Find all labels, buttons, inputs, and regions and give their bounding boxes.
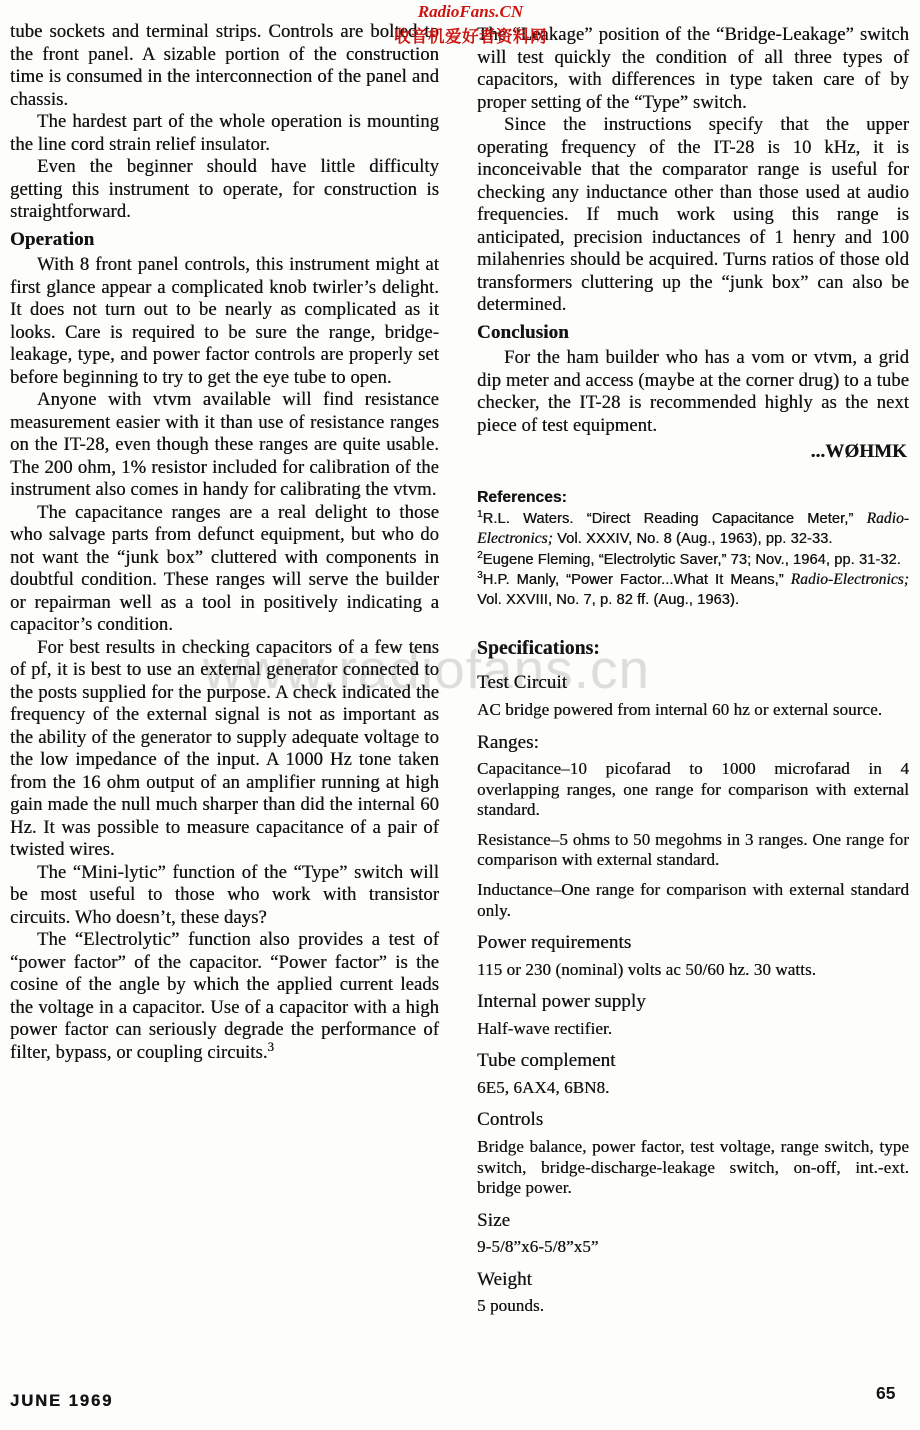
spec-value: Half-wave rectifier. (477, 1019, 909, 1040)
body-paragraph: Since the instructions specify that the … (477, 114, 909, 317)
spec-value: Resistance–5 ohms to 50 megohms in 3 ran… (477, 830, 909, 871)
spec-label: Power requirements (477, 932, 909, 955)
spec-value: Capacitance–10 picofarad to 1000 microfa… (477, 759, 909, 821)
body-paragraph: For best results in checking capacitors … (10, 637, 439, 862)
site-stamp: RadioFans.CN 收音机爱好者资料网 (394, 2, 547, 47)
body-paragraph: The capacitance ranges are a real deligh… (10, 502, 439, 637)
reference-item: 3H.P. Manly, “Power Factor...What It Mea… (477, 570, 909, 610)
site-stamp-latin: RadioFans.CN (394, 2, 547, 22)
author-callsign: ...WØHMK (477, 441, 907, 464)
reference-text: H.P. Manly, “Power Factor...What It Mean… (483, 572, 791, 588)
footnote-marker: 3 (268, 1039, 274, 1053)
body-paragraph: tube sockets and terminal strips. Contro… (10, 21, 439, 111)
body-paragraph: The hardest part of the whole operation … (10, 111, 439, 156)
magazine-page: www.radiofans.cn RadioFans.CN 收音机爱好者资料网 … (0, 0, 920, 1430)
spec-label: Tube complement (477, 1050, 909, 1073)
section-heading-conclusion: Conclusion (477, 322, 909, 345)
spec-value: 5 pounds. (477, 1296, 909, 1317)
left-column: tube sockets and terminal strips. Contro… (10, 21, 439, 1064)
spec-label: Controls (477, 1109, 909, 1132)
site-stamp-chinese: 收音机爱好者资料网 (394, 23, 547, 47)
body-paragraph: With 8 front panel controls, this instru… (10, 254, 439, 389)
references-section: References: 1R.L. Waters. “Direct Readin… (477, 488, 909, 610)
spec-label: Ranges: (477, 732, 909, 755)
spec-value: 6E5, 6AX4, 6BN8. (477, 1078, 909, 1099)
spec-value: 115 or 230 (nominal) volts ac 50/60 hz. … (477, 960, 909, 981)
body-paragraph: The “Mini-lytic” function of the “Type” … (10, 862, 439, 930)
paragraph-text: The “Electrolytic” function also provide… (10, 929, 439, 1063)
right-column: The “Leakage” position of the “Bridge-Le… (477, 24, 909, 1326)
reference-item: 1R.L. Waters. “Direct Reading Capacitanc… (477, 509, 909, 550)
spec-label: Size (477, 1210, 909, 1233)
reference-text: Eugene Fleming, “Electrolytic Saver,” 73… (483, 552, 901, 568)
spec-label: Internal power supply (477, 991, 909, 1014)
specifications-heading: Specifications: (477, 638, 909, 661)
references-heading: References: (477, 488, 909, 507)
spec-value: Bridge balance, power factor, test volta… (477, 1137, 909, 1199)
spec-value: AC bridge powered from internal 60 hz or… (477, 700, 909, 721)
spec-label: Test Circuit (477, 672, 909, 695)
spec-value: Inductance–One range for comparison with… (477, 880, 909, 921)
reference-text: R.L. Waters. “Direct Reading Capacitance… (483, 511, 867, 527)
body-paragraph: The “Electrolytic” function also provide… (10, 929, 439, 1064)
body-paragraph: Even the beginner should have little dif… (10, 156, 439, 224)
spec-label: Weight (477, 1269, 909, 1292)
specifications-section: Specifications: Test Circuit AC bridge p… (477, 638, 909, 1317)
reference-item: 2Eugene Fleming, “Electrolytic Saver,” 7… (477, 550, 909, 570)
footer-issue-date: JUNE 1969 (10, 1392, 113, 1411)
reference-journal: Radio-Electronics; (791, 571, 909, 588)
body-paragraph: For the ham builder who has a vom or vtv… (477, 347, 909, 437)
body-paragraph: Anyone with vtvm available will find res… (10, 389, 439, 502)
footer-page-number: 65 (876, 1383, 895, 1404)
section-heading-operation: Operation (10, 229, 439, 252)
spec-value: 9-5/8”x6-5/8”x5” (477, 1237, 909, 1258)
reference-text: Vol. XXXIV, No. 8 (Aug., 1963), pp. 32-3… (553, 531, 833, 547)
reference-text: Vol. XXVIII, No. 7, p. 82 ff. (Aug., 196… (477, 592, 739, 608)
